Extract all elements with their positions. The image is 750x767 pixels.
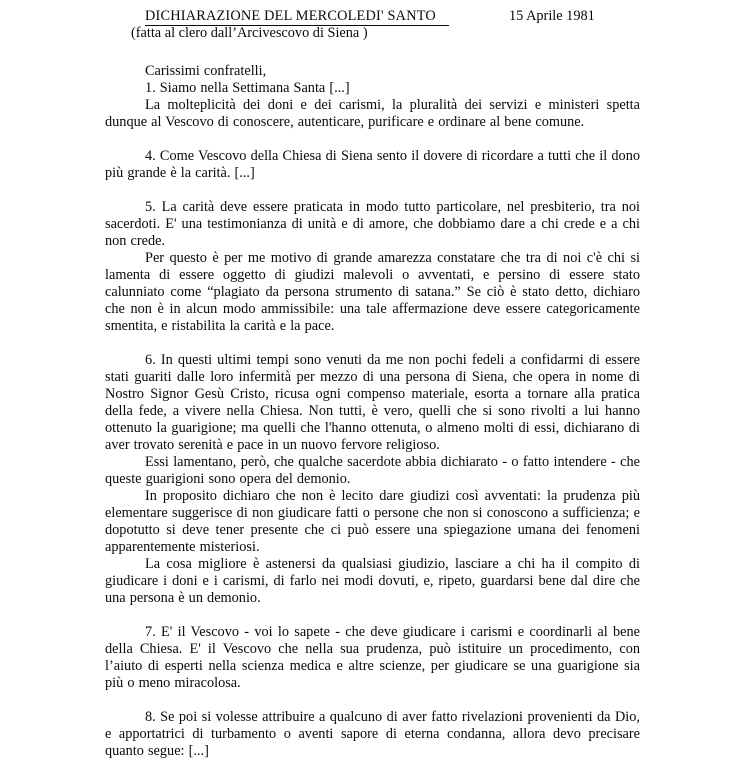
- paragraph: 7. E' il Vescovo - voi lo sapete - che d…: [105, 624, 640, 692]
- paragraph: Essi lamentano, però, che qualche sacerd…: [105, 454, 640, 488]
- paragraph: Per questo è per me motivo di grande ama…: [105, 250, 640, 335]
- document-date: 15 Aprile 1981: [509, 8, 595, 25]
- document-title: DICHIARAZIONE DEL MERCOLEDI' SANTO: [145, 8, 449, 26]
- paragraph: Carissimi confratelli,: [105, 63, 640, 80]
- paragraph: 5. La carità deve essere praticata in mo…: [105, 199, 640, 250]
- paragraph: 4. Come Vescovo della Chiesa di Siena se…: [105, 148, 640, 182]
- paragraph: 1. Siamo nella Settimana Santa [...]: [105, 80, 640, 97]
- document-subtitle: (fatta al clero dall’Arcivescovo di Sien…: [131, 25, 640, 42]
- paragraph: 8. Se poi si volesse attribuire a qualcu…: [105, 709, 640, 760]
- paragraph: La molteplicità dei doni e dei carismi, …: [105, 97, 640, 131]
- document-body: Carissimi confratelli,1. Siamo nella Set…: [105, 63, 640, 760]
- document-header: DICHIARAZIONE DEL MERCOLEDI' SANTO 15 Ap…: [105, 8, 640, 25]
- paragraph: La cosa migliore è astenersi da qualsias…: [105, 556, 640, 607]
- document-page: DICHIARAZIONE DEL MERCOLEDI' SANTO 15 Ap…: [0, 0, 750, 767]
- paragraph: 6. In questi ultimi tempi sono venuti da…: [105, 352, 640, 454]
- paragraph: In proposito dichiaro che non è lecito d…: [105, 488, 640, 556]
